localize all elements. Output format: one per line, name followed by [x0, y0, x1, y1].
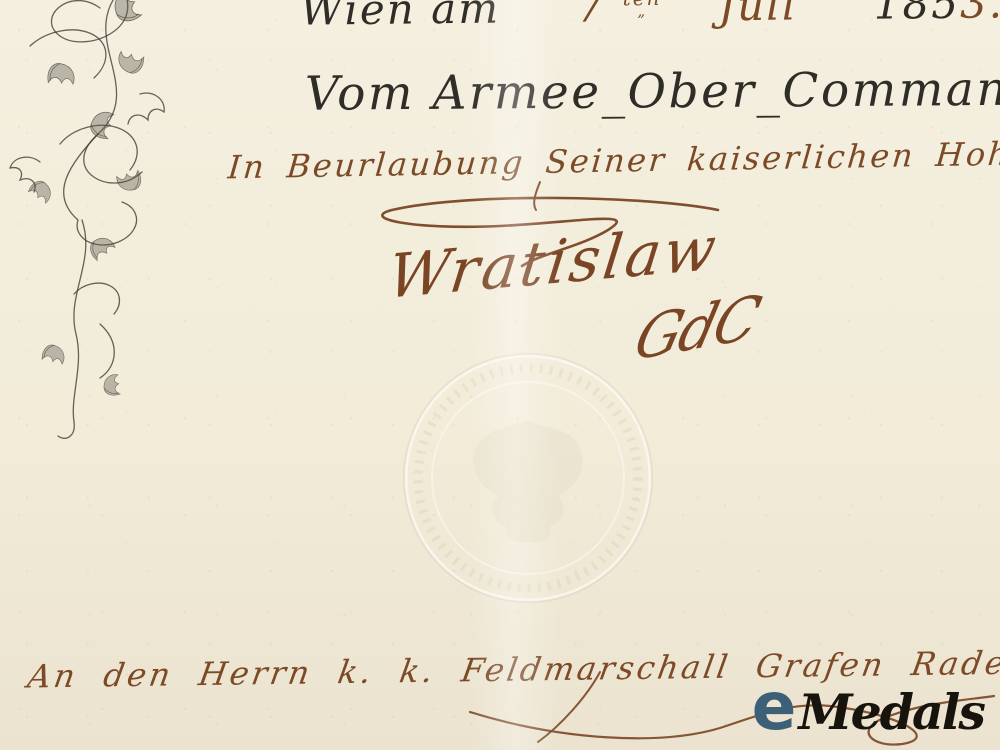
emedals-logo-name: Medals: [798, 693, 984, 732]
subheading: In Beurlaubung Seiner kaiserlichen Hohei…: [226, 134, 1000, 187]
signature-rank-initials: GdC: [628, 281, 766, 374]
dateline-place: Wien am: [300, 0, 501, 35]
emedals-logo-e: e: [752, 681, 797, 734]
dateline-year: 1853.: [874, 0, 1000, 29]
floral-flourish-ornament: [0, 0, 200, 444]
dateline: Wien am 7 ten „ Juli 1853.: [300, 0, 1000, 35]
emedals-watermark-logo: e Medals: [752, 681, 984, 734]
heading: Vom Armee_Ober_Commando.: [305, 61, 1000, 121]
dateline-day: 7: [576, 0, 605, 32]
dateline-month: Juli: [718, 0, 797, 30]
document-page: Wien am 7 ten „ Juli 1853. Vom Armee_Obe…: [0, 0, 1000, 750]
dateline-day-suffix: ten „: [623, 0, 662, 17]
